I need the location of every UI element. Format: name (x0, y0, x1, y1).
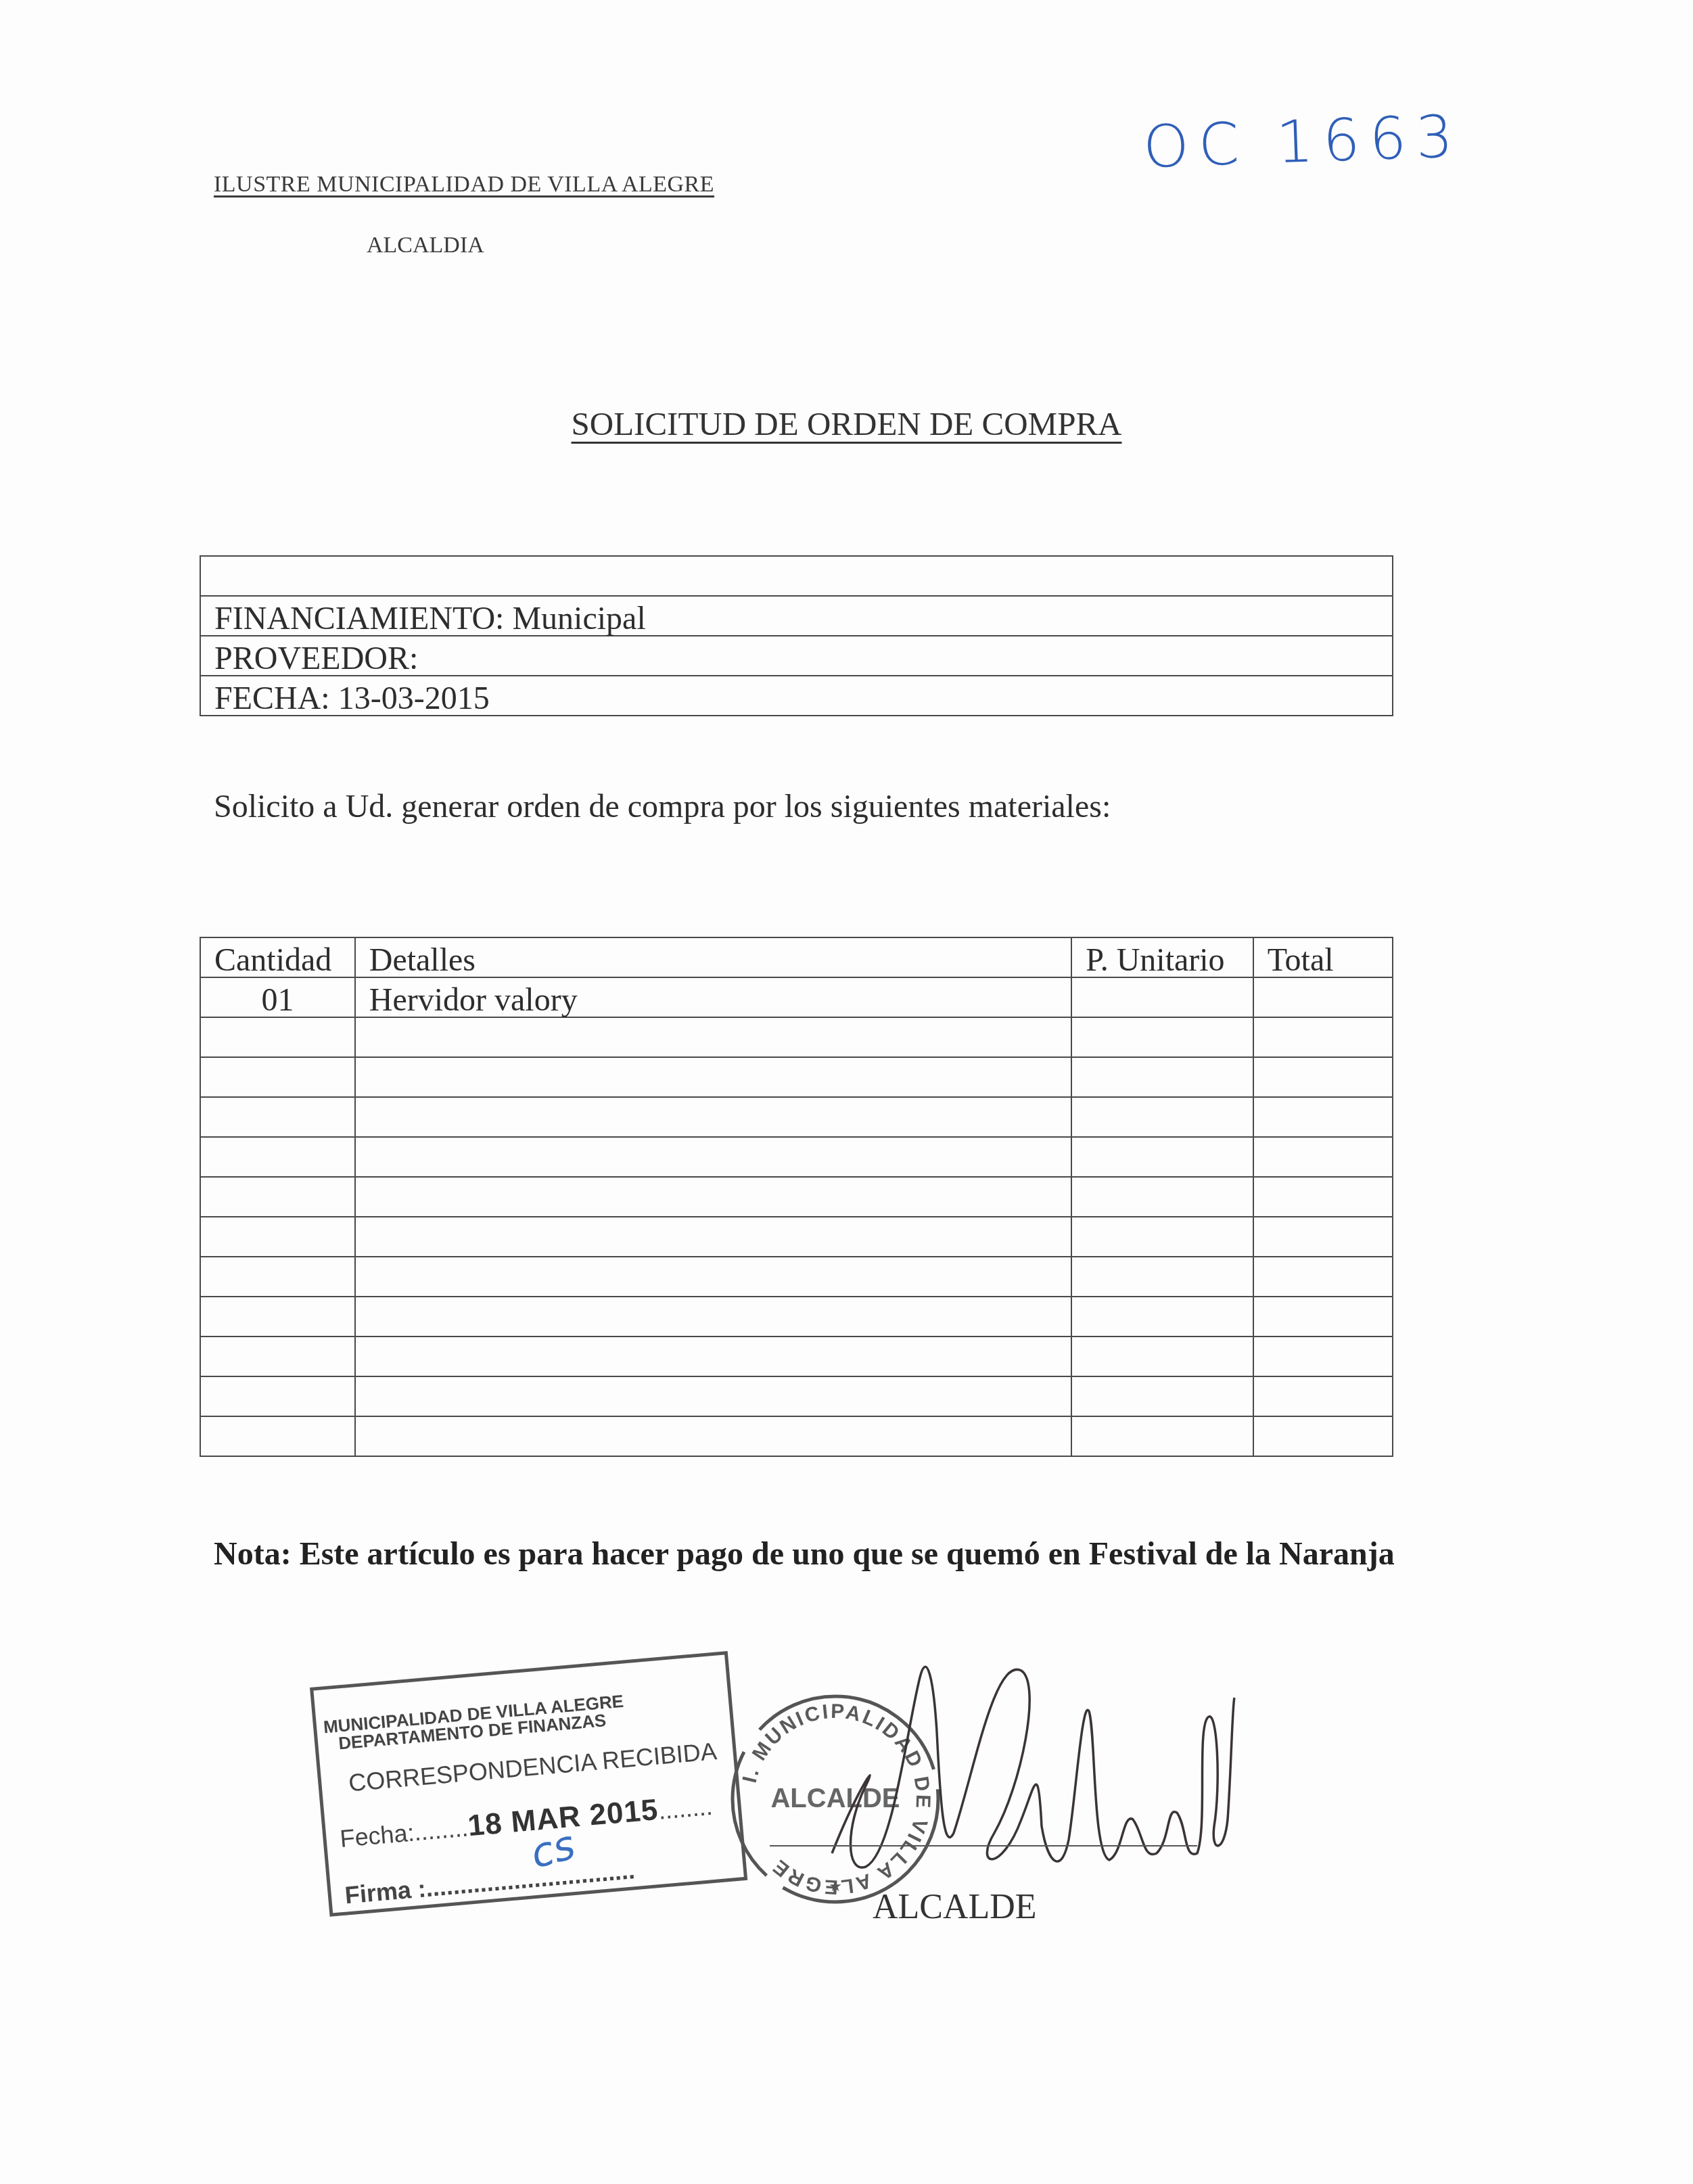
unit-price-cell (1071, 1177, 1253, 1217)
header-total: Total (1253, 937, 1393, 977)
table-row (200, 1177, 1393, 1217)
table-row (200, 1017, 1393, 1057)
details-cell (355, 1217, 1072, 1257)
info-blank-cell (200, 556, 1393, 596)
handwritten-order-reference: OC 1663 (1142, 103, 1463, 181)
department-name: ALCALDIA (367, 233, 484, 258)
unit-price-cell (1071, 1297, 1253, 1337)
document-title-text: SOLICITUD DE ORDEN DE COMPRA (572, 405, 1122, 442)
details-cell (355, 1376, 1072, 1416)
details-cell (355, 1137, 1072, 1177)
unit-price-cell (1071, 1416, 1253, 1456)
details-cell (355, 1017, 1072, 1057)
info-row-blank (200, 556, 1393, 596)
total-cell (1253, 1337, 1393, 1376)
total-cell (1253, 1416, 1393, 1456)
details-cell (355, 1057, 1072, 1097)
date-field: FECHA: 13-03-2015 (200, 676, 1393, 716)
note-text: Nota: Este artículo es para hacer pago d… (214, 1535, 1395, 1573)
total-cell (1253, 1257, 1393, 1297)
info-row-supplier: PROVEEDOR: (200, 636, 1393, 676)
items-body: 01Hervidor valory (200, 977, 1393, 1456)
quantity-cell (200, 1017, 355, 1057)
info-table: FINANCIAMIENTO: Municipal PROVEEDOR: FEC… (200, 555, 1393, 716)
details-cell (355, 1097, 1072, 1137)
supplier-field: PROVEEDOR: (200, 636, 1393, 676)
table-row (200, 1137, 1393, 1177)
stamp-date-label: Fecha:........ (339, 1813, 469, 1852)
total-cell (1253, 1097, 1393, 1137)
stamp-date-line: Fecha:........18 MAR 2015........ (338, 1788, 714, 1855)
quantity-cell (200, 1376, 355, 1416)
total-cell (1253, 1297, 1393, 1337)
unit-price-cell (1071, 977, 1253, 1017)
unit-price-cell (1071, 1337, 1253, 1376)
total-cell (1253, 1017, 1393, 1057)
details-cell: Hervidor valory (355, 977, 1072, 1017)
details-cell (355, 1297, 1072, 1337)
quantity-cell (200, 1137, 355, 1177)
info-row-financing: FINANCIAMIENTO: Municipal (200, 596, 1393, 636)
table-row (200, 1217, 1393, 1257)
mayor-signature (818, 1650, 1238, 1894)
reception-stamp: MUNICIPALIDAD DE VILLA ALEGRE DEPARTAMEN… (310, 1651, 747, 1917)
unit-price-cell (1071, 1137, 1253, 1177)
unit-price-cell (1071, 1257, 1253, 1297)
total-cell (1253, 1057, 1393, 1097)
details-cell (355, 1416, 1072, 1456)
table-row (200, 1416, 1393, 1456)
table-row: 01Hervidor valory (200, 977, 1393, 1017)
header-details: Detalles (355, 937, 1072, 977)
quantity-cell (200, 1337, 355, 1376)
stamp-signature-line: Firma :............................... (344, 1856, 636, 1909)
document-title: SOLICITUD DE ORDEN DE COMPRA (0, 404, 1693, 443)
quantity-cell (200, 1297, 355, 1337)
mayor-title: ALCALDE (873, 1887, 1037, 1927)
quantity-cell (200, 1057, 355, 1097)
info-row-date: FECHA: 13-03-2015 (200, 676, 1393, 716)
table-row (200, 1297, 1393, 1337)
quantity-cell (200, 1177, 355, 1217)
unit-price-cell (1071, 1376, 1253, 1416)
quantity-cell (200, 1257, 355, 1297)
request-text: Solicito a Ud. generar orden de compra p… (214, 788, 1111, 825)
total-cell (1253, 1137, 1393, 1177)
items-table: Cantidad Detalles P. Unitario Total 01He… (200, 937, 1393, 1457)
total-cell (1253, 1177, 1393, 1217)
quantity-cell (200, 1416, 355, 1456)
total-cell (1253, 977, 1393, 1017)
quantity-cell (200, 1217, 355, 1257)
details-cell (355, 1337, 1072, 1376)
total-cell (1253, 1217, 1393, 1257)
unit-price-cell (1071, 1097, 1253, 1137)
details-cell (355, 1257, 1072, 1297)
table-row (200, 1376, 1393, 1416)
table-row (200, 1057, 1393, 1097)
quantity-cell (200, 1097, 355, 1137)
unit-price-cell (1071, 1057, 1253, 1097)
table-row (200, 1257, 1393, 1297)
unit-price-cell (1071, 1217, 1253, 1257)
unit-price-cell (1071, 1017, 1253, 1057)
table-row (200, 1097, 1393, 1137)
header-quantity: Cantidad (200, 937, 355, 977)
items-header-row: Cantidad Detalles P. Unitario Total (200, 937, 1393, 977)
organization-name: ILUSTRE MUNICIPALIDAD DE VILLA ALEGRE (214, 172, 714, 198)
stamp-date-trail: ........ (657, 1792, 714, 1825)
header-unit-price: P. Unitario (1071, 937, 1253, 977)
total-cell (1253, 1376, 1393, 1416)
financing-field: FINANCIAMIENTO: Municipal (200, 596, 1393, 636)
signature-line (770, 1845, 1197, 1846)
quantity-cell: 01 (200, 977, 355, 1017)
details-cell (355, 1177, 1072, 1217)
table-row (200, 1337, 1393, 1376)
